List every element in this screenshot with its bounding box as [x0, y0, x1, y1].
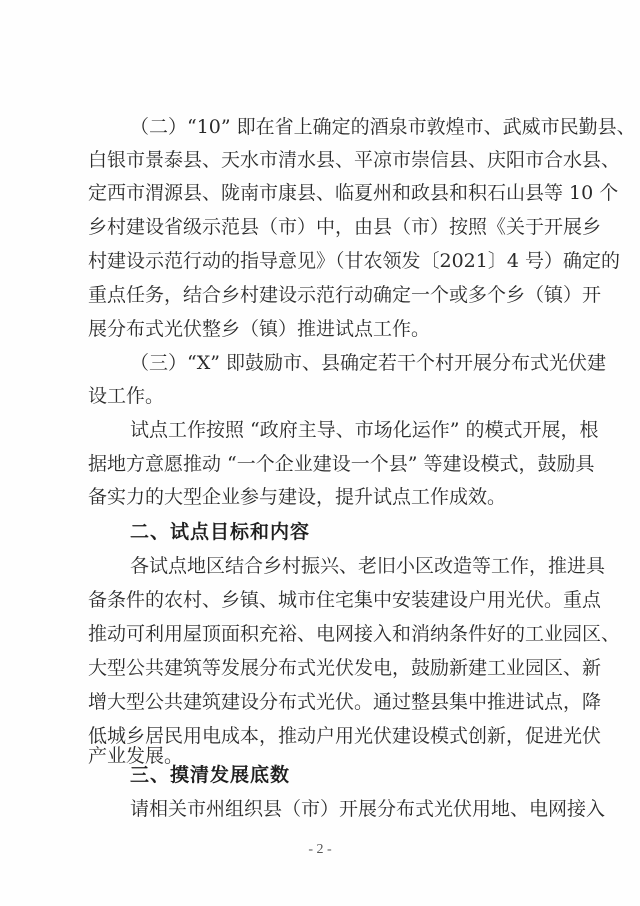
paragraph-line: 备条件的农村、乡镇、城市住宅集中安装建设户用光伏。重点: [88, 587, 552, 613]
section-heading: 三、摸清发展底数: [130, 761, 290, 789]
paragraph-line: 重点任务，结合乡村建设示范行动确定一个或多个乡（镇）开: [88, 282, 552, 308]
section-heading: 二、试点目标和内容: [130, 518, 310, 546]
paragraph-line: 推动可利用屋顶面积充裕、电网接入和消纳条件好的工业园区、: [88, 621, 552, 647]
paragraph-line: 增大型公共建筑建设分布式光伏。通过整县集中推进试点，降: [88, 689, 552, 715]
page-number: - 2 -: [0, 842, 640, 858]
paragraph-line: （三）“X” 即鼓励市、县确定若干个村开展分布式光伏建: [130, 350, 552, 376]
paragraph-line: 设工作。: [88, 383, 552, 409]
paragraph-line: 试点工作按照 “政府主导、市场化运作” 的模式开展，根: [130, 417, 552, 443]
paragraph-line: 展分布式光伏整乡（镇）推进试点工作。: [88, 316, 552, 342]
paragraph-line: 白银市景泰县、天水市清水县、平凉市崇信县、庆阳市合水县、: [88, 147, 552, 173]
paragraph-line: 请相关市州组织县（市）开展分布式光伏用地、电网接入: [130, 796, 552, 822]
paragraph-line: 备实力的大型企业参与建设，提升试点工作成效。: [88, 484, 552, 510]
paragraph-line: 乡村建设省级示范县（市）中，由县（市）按照《关于开展乡: [88, 214, 552, 240]
paragraph-line: 大型公共建筑等发展分布式光伏发电，鼓励新建工业园区、新: [88, 655, 552, 681]
paragraph-line: 定西市渭源县、陇南市康县、临夏州和政县和积石山县等 10 个: [88, 180, 552, 206]
paragraph-line: 据地方意愿推动 “一个企业建设一个县” 等建设模式，鼓励具: [88, 451, 552, 477]
paragraph-line: 各试点地区结合乡村振兴、老旧小区改造等工作，推进具: [130, 553, 552, 579]
paragraph-line: 村建设示范行动的指导意见》（甘农领发〔2021〕4 号）确定的: [88, 248, 552, 274]
paragraph-line: （二）“10” 即在省上确定的酒泉市敦煌市、武威市民勤县、: [130, 114, 552, 140]
document-page: （二）“10” 即在省上确定的酒泉市敦煌市、武威市民勤县、 白银市景泰县、天水市…: [0, 0, 640, 906]
